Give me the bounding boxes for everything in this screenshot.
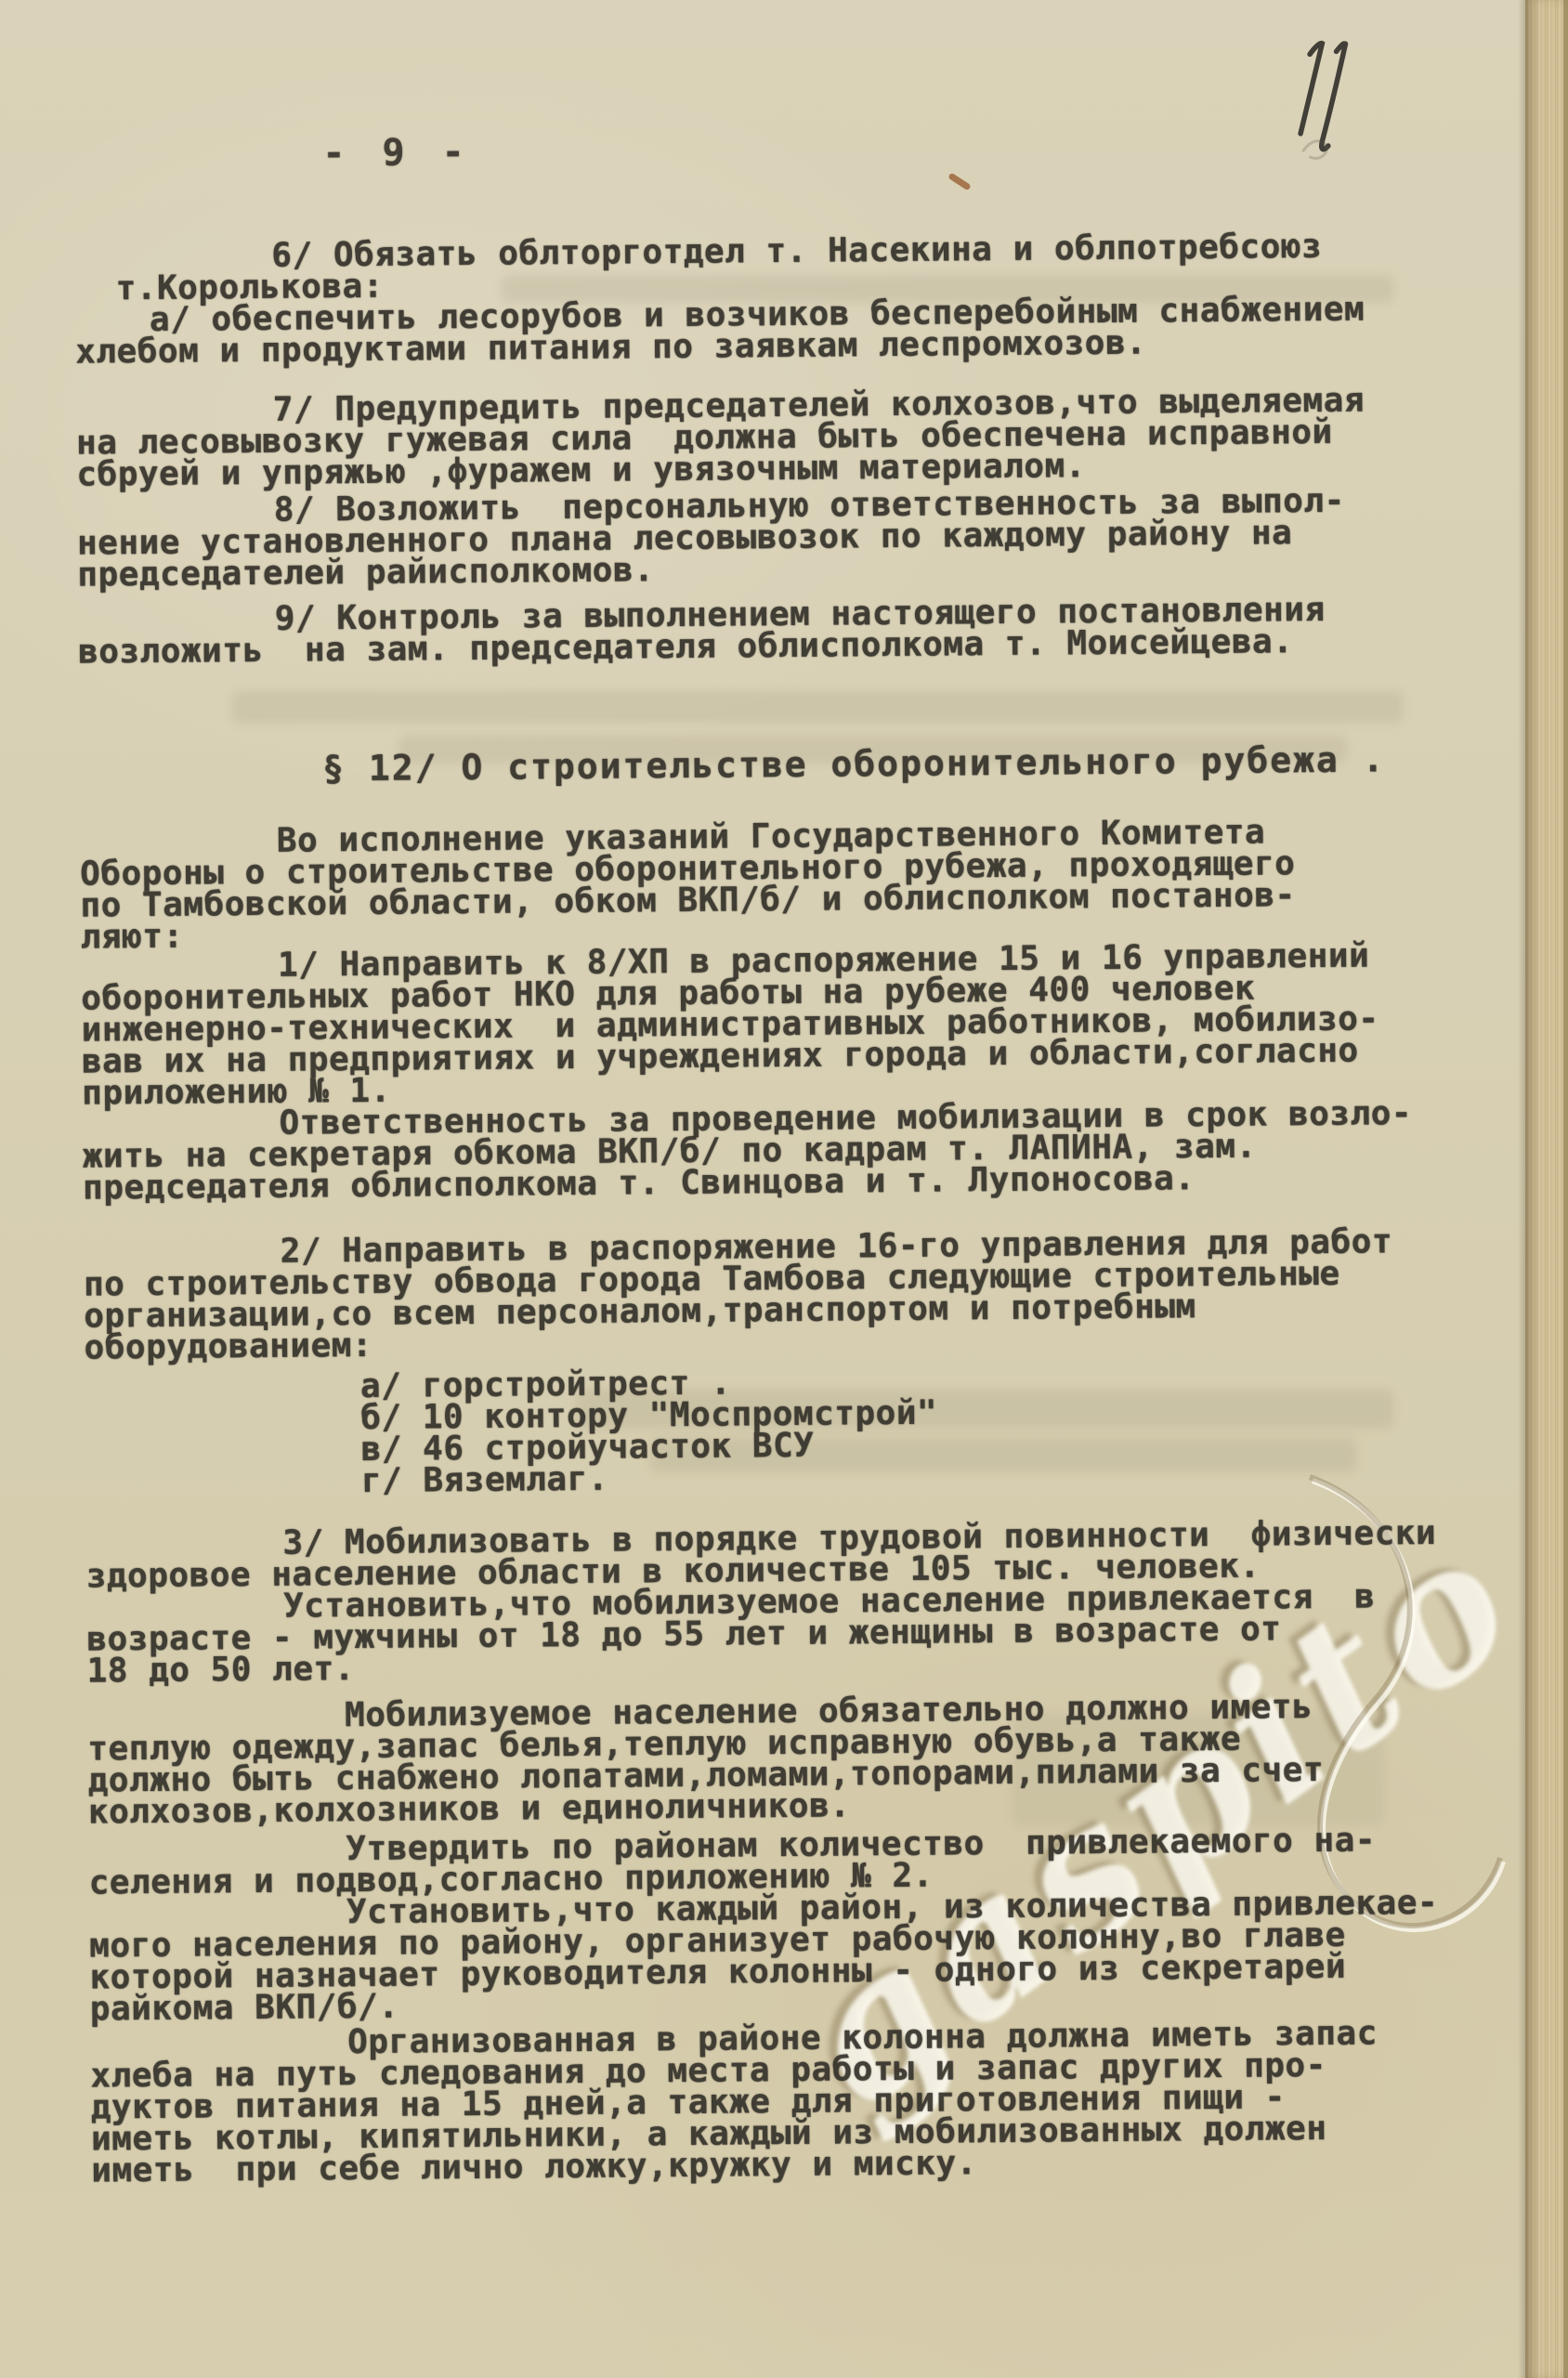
section-heading-text: § 12/ О строительстве оборонительного ру…: [0, 742, 1513, 787]
paragraph-8: 8/ Возложить персональную ответственност…: [0, 484, 1511, 592]
book-page-edge: [1525, 0, 1568, 2378]
paragraph-3-column: Организованная в районе колонна должна и…: [8, 2017, 1525, 2188]
paragraph-1: 1/ Направить к 8/ХП в распоряжение 15 и …: [0, 939, 1517, 1205]
typed-text-layer: - 9 - 6/ Обязать облторготдел т. Насекин…: [0, 0, 1568, 2378]
paragraph-7: 7/ Предупредить председателей колхозов,ч…: [0, 384, 1510, 491]
paragraph-9: 9/ Контроль за выполнением настоящего по…: [0, 593, 1512, 669]
text-line: оборудованием:: [2, 1320, 1518, 1365]
text-line: председателя облисполкома т. Свинцова и …: [1, 1160, 1517, 1205]
page-number: - 9 -: [322, 131, 472, 175]
paragraph-3-districts: Утвердить по районам количество привлека…: [7, 1823, 1524, 2026]
text-line: иметь при себе лично ложку,кружку и миск…: [9, 2143, 1525, 2188]
section-heading: § 12/ О строительстве оборонительного ру…: [0, 742, 1513, 787]
text-line: 18 до 50 лет.: [5, 1643, 1521, 1688]
text-line: возложить на зам. председателя облисполк…: [0, 624, 1512, 669]
paragraph-3-equipment: Мобилизуемое население обязательно должн…: [6, 1690, 1522, 1829]
paragraph-preamble: Во исполнение указаний Государственного …: [0, 815, 1515, 954]
text-line: хлебом и продуктами питания по заявкам л…: [0, 324, 1509, 369]
paragraph-6: 6/ Обязать облторготдел т. Насекина и об…: [0, 229, 1509, 369]
text-line: председателей райисполкомов.: [0, 547, 1511, 592]
handwritten-page-number-11: [1276, 35, 1365, 182]
paragraph-3: 3/ Мобилизовать в порядке трудовой повин…: [4, 1517, 1521, 1688]
paragraph-2: 2/ Направить в распоряжение 16-го управл…: [2, 1225, 1520, 1500]
